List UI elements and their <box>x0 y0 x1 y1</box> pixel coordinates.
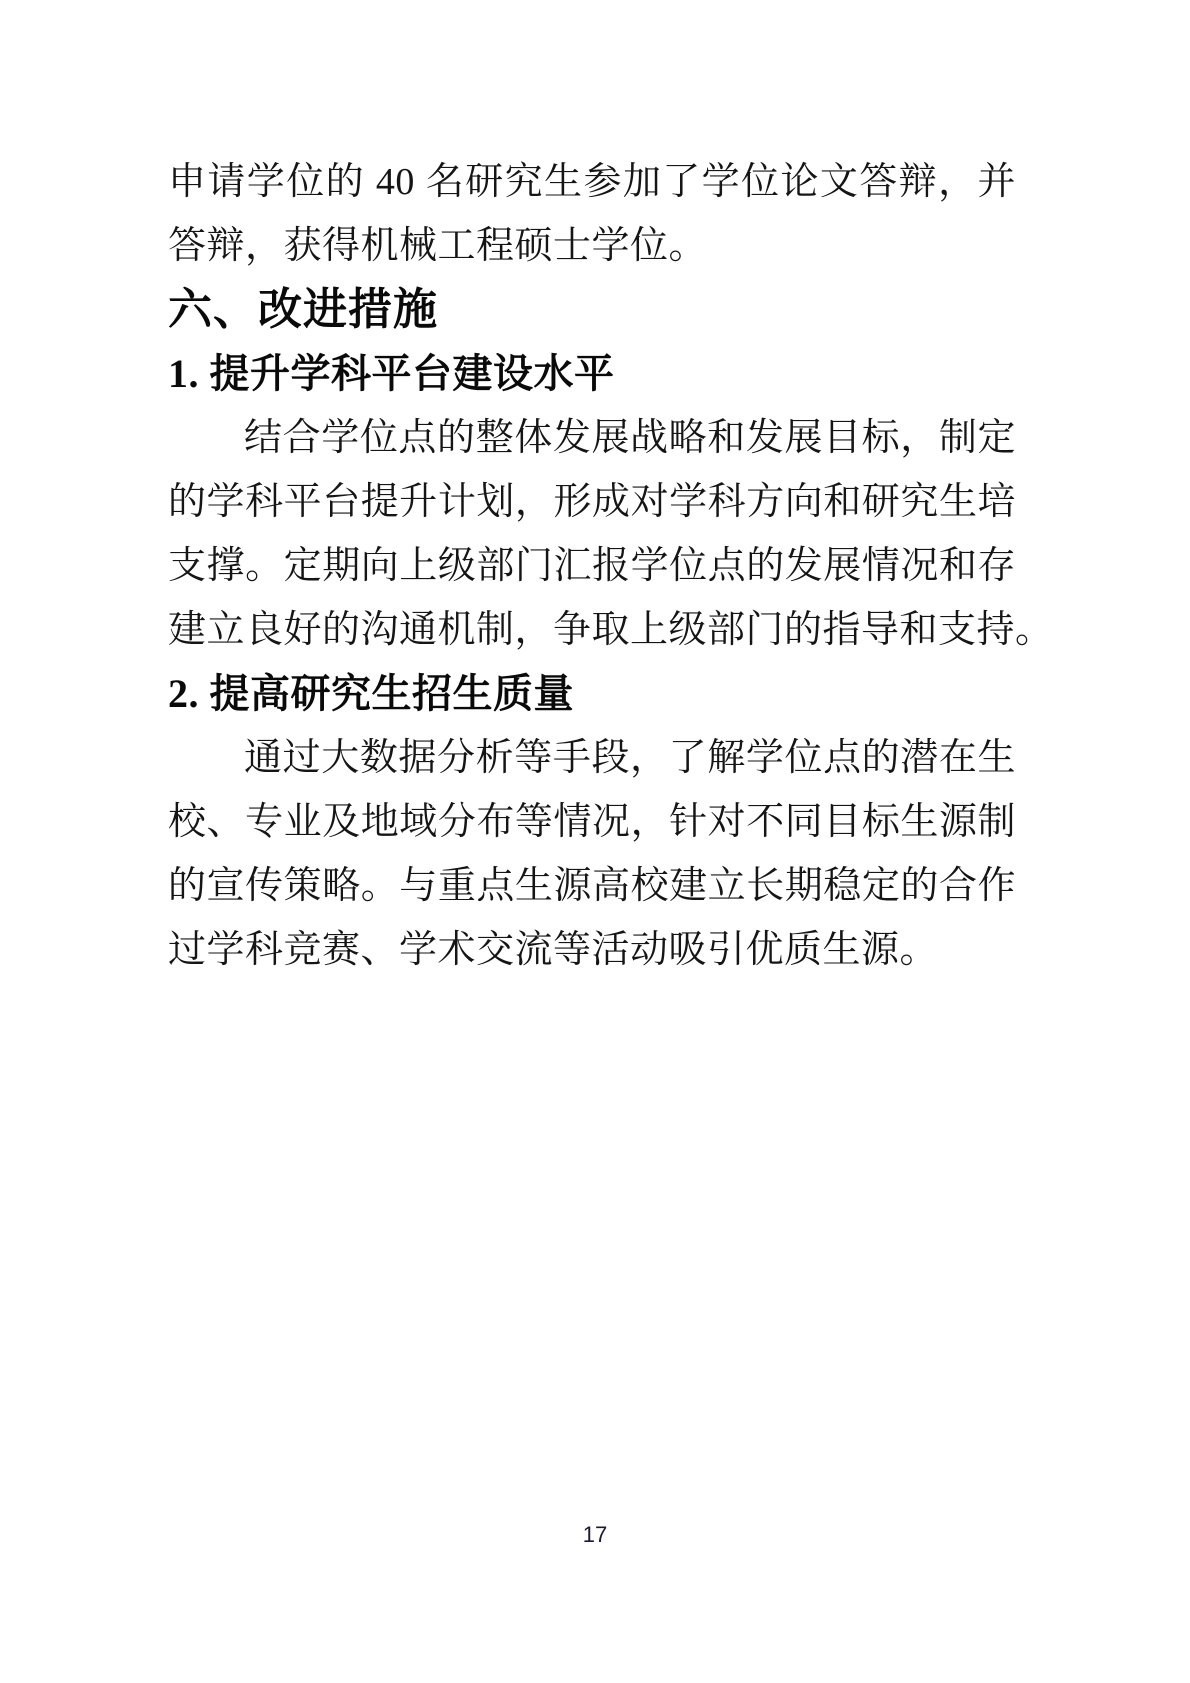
page-content: 申请学位的 40 名研究生参加了学位论文答辩，并顺利通过 答辩，获得机械工程硕士… <box>168 150 1016 982</box>
paragraph-line: 通过大数据分析等手段，了解学位点的潜在生源所在院 <box>168 726 1016 790</box>
subsection-heading-2: 2. 提高研究生招生质量 <box>168 662 1016 726</box>
subsection-heading-1: 1. 提升学科平台建设水平 <box>168 342 1016 406</box>
paragraph-line: 的宣传策略。与重点生源高校建立长期稳定的合作关系，通 <box>168 854 1016 918</box>
paragraph-line: 申请学位的 40 名研究生参加了学位论文答辩，并顺利通过 <box>168 150 1016 214</box>
document-page: 申请学位的 40 名研究生参加了学位论文答辩，并顺利通过 答辩，获得机械工程硕士… <box>0 0 1190 1683</box>
paragraph-line: 过学科竞赛、学术交流等活动吸引优质生源。 <box>168 918 1016 982</box>
section-heading: 六、改进措施 <box>168 278 1016 342</box>
paragraph-line: 答辩，获得机械工程硕士学位。 <box>168 214 1016 278</box>
page-number: 17 <box>0 1522 1190 1548</box>
paragraph-line: 结合学位点的整体发展战略和发展目标，制定切实可行 <box>168 406 1016 470</box>
paragraph-line: 支撑。定期向上级部门汇报学位点的发展情况和存在的问题， <box>168 534 1016 598</box>
paragraph-line: 校、专业及地域分布等情况，针对不同目标生源制定个性化 <box>168 790 1016 854</box>
paragraph-line: 建立良好的沟通机制，争取上级部门的指导和支持。 <box>168 598 1016 662</box>
paragraph-line: 的学科平台提升计划，形成对学科方向和研究生培养的有效 <box>168 470 1016 534</box>
